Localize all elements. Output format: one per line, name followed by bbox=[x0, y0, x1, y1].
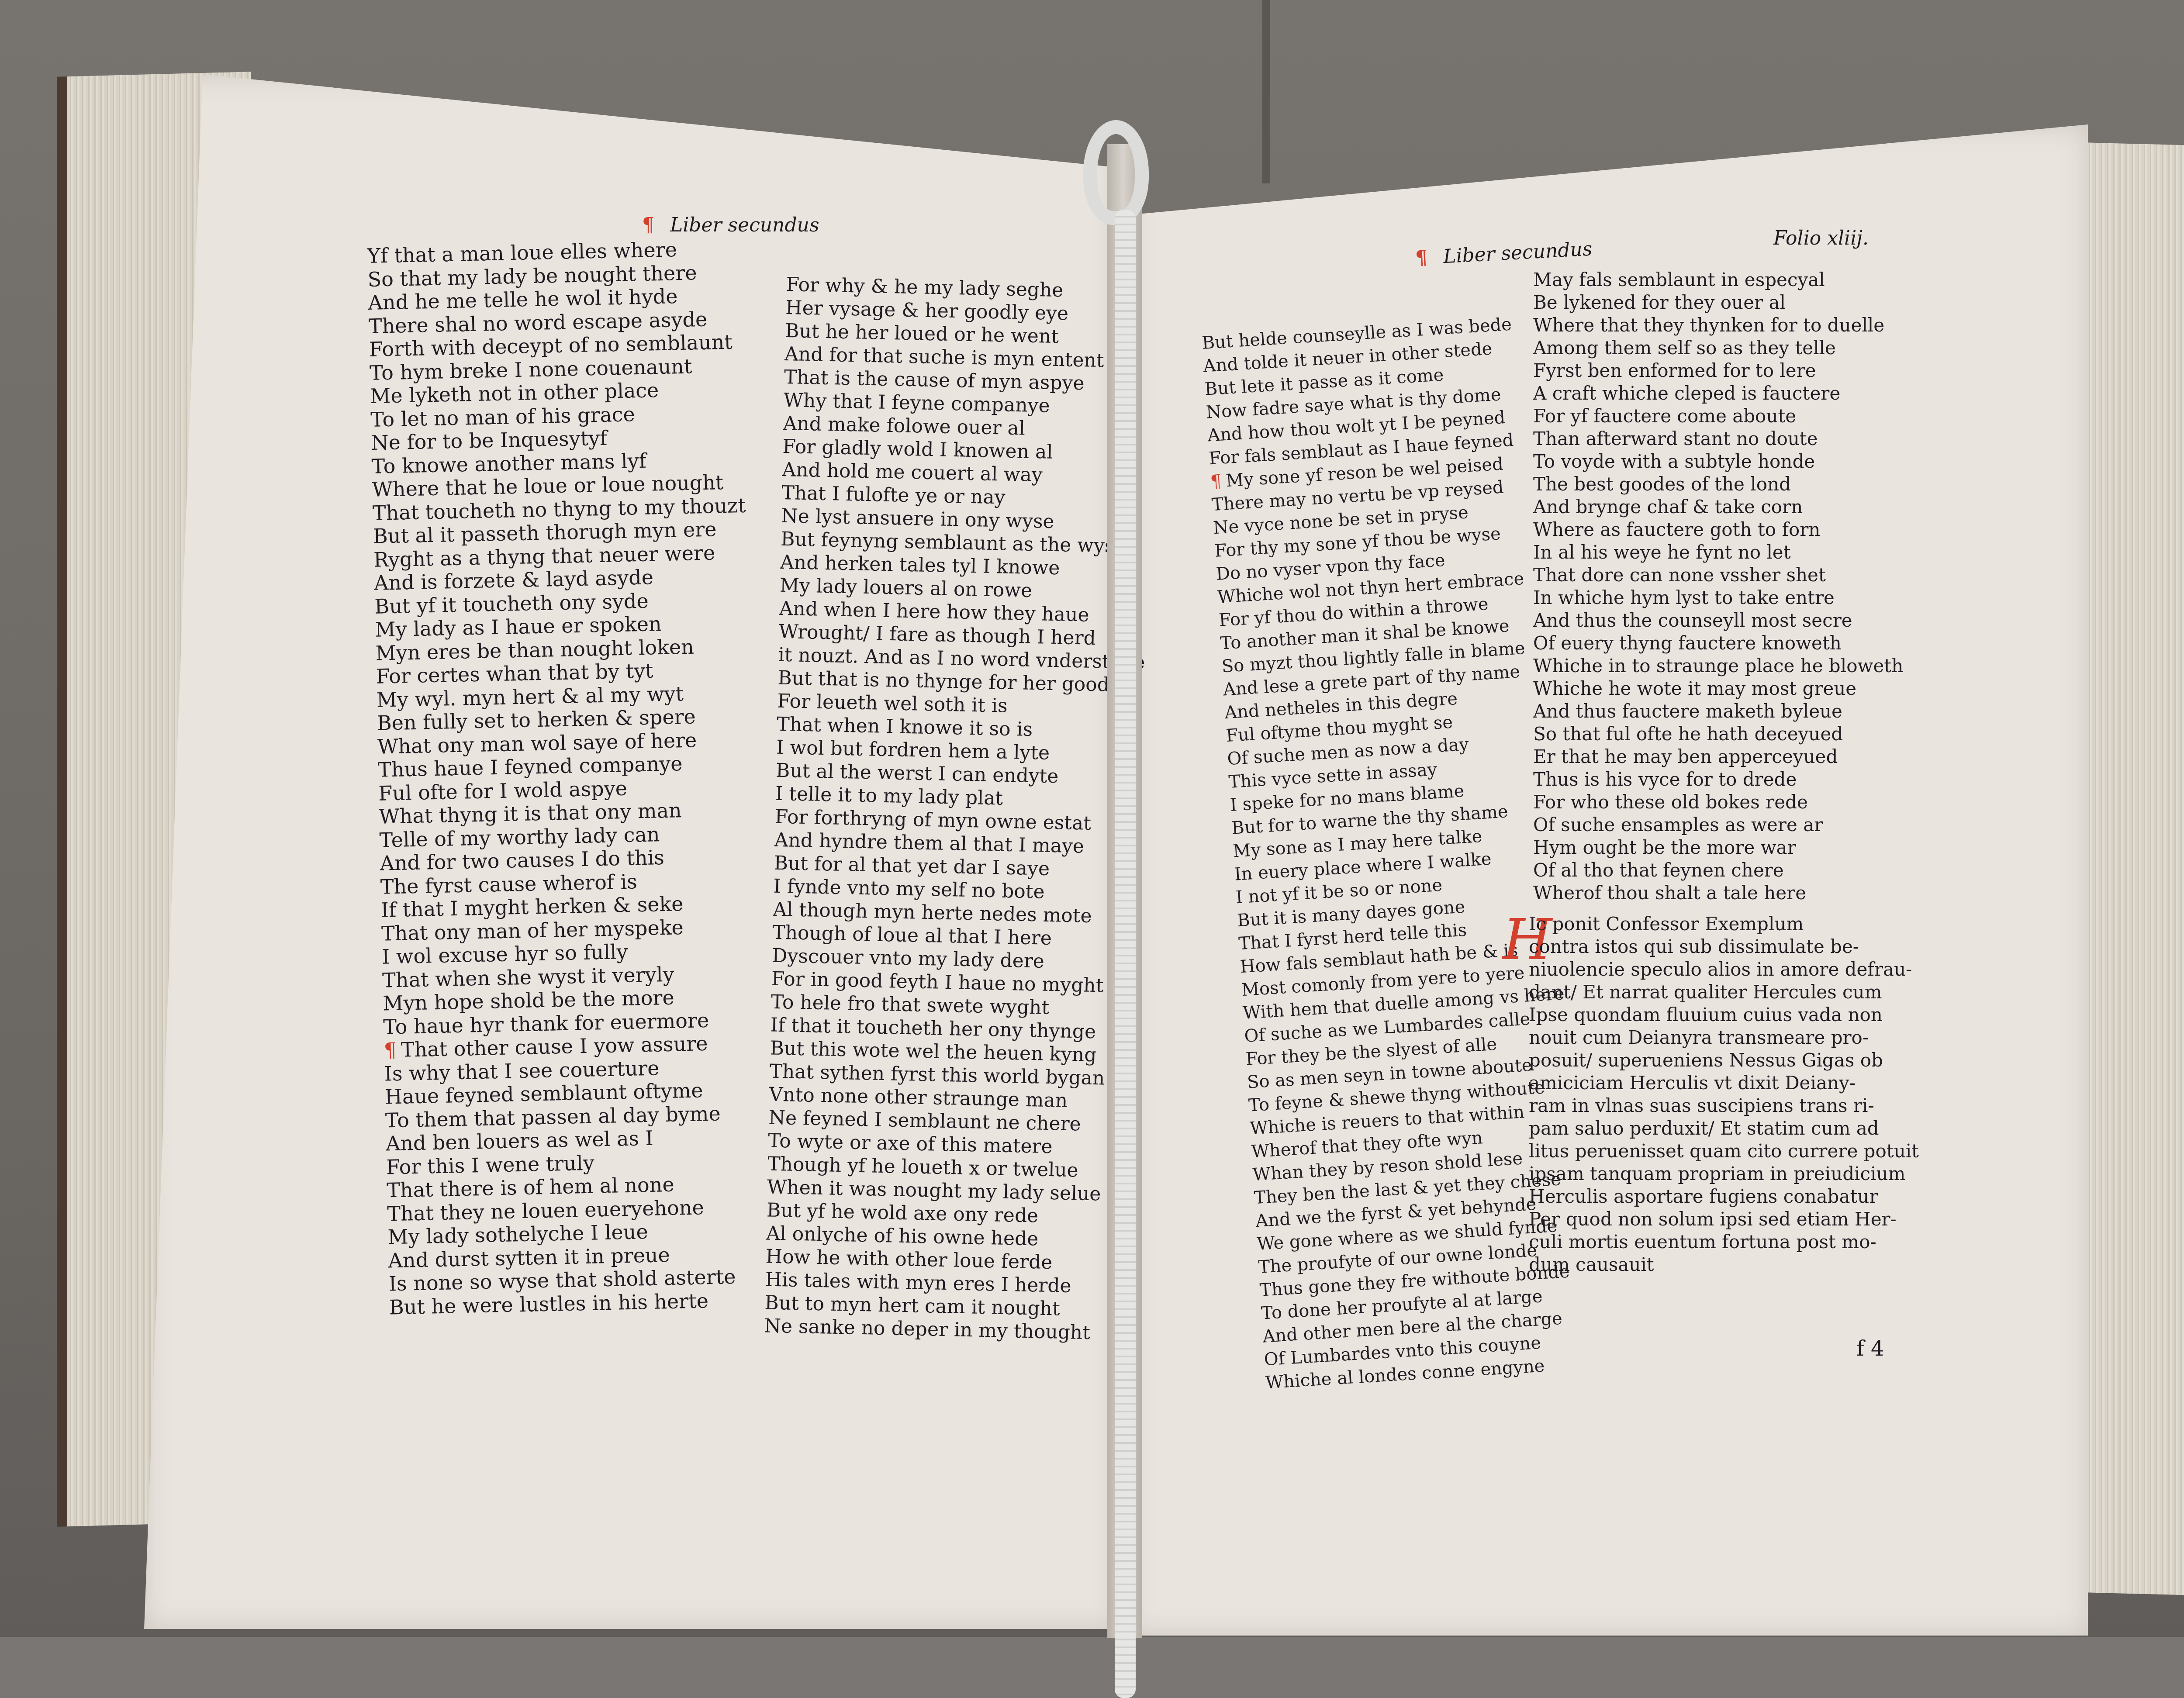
verse-line: For who these old bokes rede bbox=[1533, 791, 1903, 814]
rubric-paragraph-mark-icon: ¶ bbox=[642, 214, 654, 236]
rubric-paragraph-mark-icon: ¶ bbox=[1210, 471, 1222, 492]
left-running-head-text: Liber secundus bbox=[670, 214, 819, 236]
verse-line: Of suche ensamples as were ar bbox=[1533, 814, 1903, 836]
verse-line: ram in vlnas suas suscipiens trans ri- bbox=[1529, 1094, 1913, 1117]
verse-line: In whiche hym lyst to take entre bbox=[1533, 587, 1903, 609]
verse-line: For yf fauctere come aboute bbox=[1533, 405, 1903, 428]
verse-line: culi mortis euentum fortuna post mo- bbox=[1529, 1231, 1913, 1253]
verse-line: Whiche in to straunge place he bloweth bbox=[1533, 655, 1903, 677]
verse-line: Of al tho that feynen chere bbox=[1533, 859, 1903, 882]
bookmark-cord bbox=[1115, 210, 1136, 1698]
verse-line: Wherof thou shalt a tale here bbox=[1533, 882, 1903, 904]
verse-line: A craft whiche cleped is fauctere bbox=[1533, 382, 1903, 405]
verse-line: pam saluo perduxit/ Et statim cum ad bbox=[1529, 1117, 1913, 1140]
verse-line: Herculis asportare fugiens conabatur bbox=[1529, 1185, 1913, 1208]
verse-line: Thus is his vyce for to drede bbox=[1533, 768, 1903, 791]
backdrop-seam bbox=[1262, 0, 1270, 183]
verse-line: Ic ponit Confessor Exemplum bbox=[1529, 913, 1913, 935]
rubric-paragraph-mark-icon: ¶ bbox=[384, 1038, 397, 1062]
folio-number: Folio xliij. bbox=[1773, 227, 1869, 249]
verse-line: dum causauit bbox=[1529, 1253, 1913, 1276]
verse-line: Per quod non solum ipsi sed etiam Her- bbox=[1529, 1208, 1913, 1231]
verse-line: In al his weye he fynt no let bbox=[1533, 541, 1903, 564]
verse-line: Where that they thynken for to duelle bbox=[1533, 314, 1903, 337]
verse-line: That dore can none vssher shet bbox=[1533, 564, 1903, 587]
verse-line: And thus fauctere maketh byleue bbox=[1533, 700, 1903, 723]
verse-line: Where as fauctere goth to forn bbox=[1533, 518, 1903, 541]
verse-line: Er that he may ben apperceyued bbox=[1533, 745, 1903, 768]
verse-line: Whiche he wote it may most greue bbox=[1533, 677, 1903, 700]
display-case-ledge bbox=[0, 1637, 2184, 1698]
latin-marginal-rubric: Ic ponit Confessor Exemplumcontra istos … bbox=[1529, 913, 1913, 1276]
verse-line: niuolencie speculo alios in amore defrau… bbox=[1529, 958, 1913, 981]
verse-line: Than afterward stant no doute bbox=[1533, 428, 1903, 450]
verse-line: And thus the counseyll most secre bbox=[1533, 609, 1903, 632]
verse-line: To voyde with a subtyle honde bbox=[1533, 450, 1903, 473]
verse-line: contra istos qui sub dissimulate be- bbox=[1529, 935, 1913, 958]
verse-line: posuit/ superueniens Nessus Gigas ob bbox=[1529, 1049, 1913, 1072]
verse-line: May fals semblaunt in especyal bbox=[1533, 269, 1903, 291]
verse-line: Be lykened for they ouer al bbox=[1533, 291, 1903, 314]
rubric-paragraph-mark-icon: ¶ bbox=[1415, 246, 1428, 269]
verse-line: Ipse quondam fluuium cuius vada non bbox=[1529, 1004, 1913, 1026]
verse-line: Of euery thyng fauctere knoweth bbox=[1533, 632, 1903, 655]
left-running-head: ¶ Liber secundus bbox=[642, 214, 819, 236]
verse-line: litus peruenisset quam cito currere potu… bbox=[1529, 1140, 1913, 1163]
bookmark-cord-loop bbox=[1083, 120, 1149, 225]
verse-line: Hym ought be the more war bbox=[1533, 836, 1903, 859]
verse-line: So that ful ofte he hath deceyued bbox=[1533, 723, 1903, 745]
verse-line: ipsam tanquam propriam in preiudicium bbox=[1529, 1163, 1913, 1185]
verse-line: And brynge chaf & take corn bbox=[1533, 496, 1903, 518]
left-page-column-2: For why & he my lady segheHer vysage & h… bbox=[764, 273, 1153, 1345]
left-page-column-1: Yf that a man loue elles whereSo that my… bbox=[367, 237, 763, 1319]
signature-mark: f 4 bbox=[1856, 1336, 1884, 1361]
verse-line: Fyrst ben enformed for to lere bbox=[1533, 359, 1903, 382]
verse-line: Among them self so as they telle bbox=[1533, 337, 1903, 359]
verse-line: The best goodes of the lond bbox=[1533, 473, 1903, 496]
verse-line: dant/ Et narrat qualiter Hercules cum bbox=[1529, 981, 1913, 1004]
verse-line: amiciciam Herculis vt dixit Deiany- bbox=[1529, 1072, 1913, 1094]
verse-line: nouit cum Deianyra transmeare pro- bbox=[1529, 1026, 1913, 1049]
right-page-column-2: May fals semblaunt in especyalBe lykened… bbox=[1533, 269, 1903, 904]
